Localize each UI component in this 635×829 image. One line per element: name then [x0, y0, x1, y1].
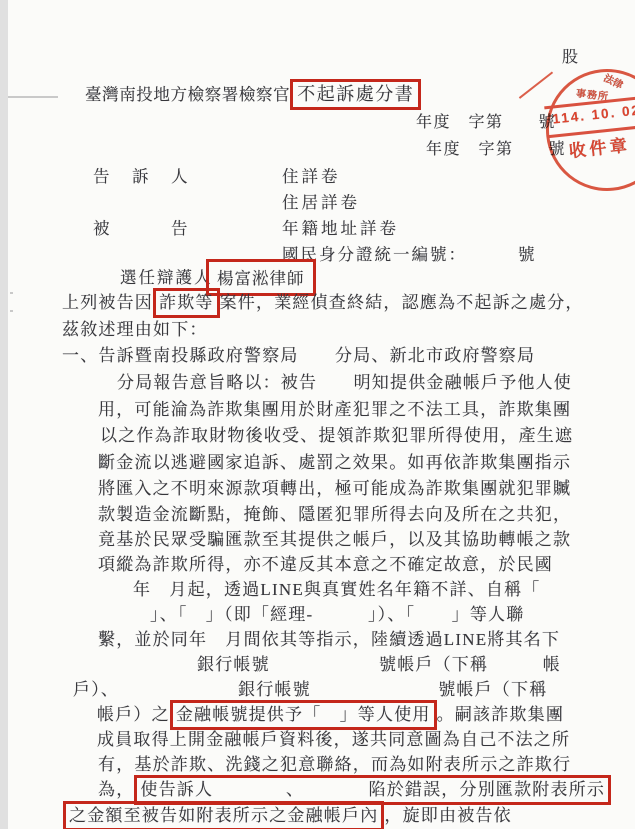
document-line: 」、「 」（即「經理- 」）、「 」等人聯 [150, 600, 524, 625]
title-highlight-box: 不起訴處分書 [290, 79, 421, 110]
document-line: 項縱為詐欺所得，亦不違反其本意之不確定故意，於民國 [98, 550, 553, 575]
document-line: 一、告訴暨南投縣政府警察局 分局、新北市政府警察局 [62, 341, 535, 366]
complainant-address-2: 住居詳卷 [282, 189, 360, 213]
highlight-box: 之金額至被告如附表所示之金融帳戶內 [63, 801, 384, 829]
document-text: 繫，並於同年 月間依其等指示，陸續透過LINE將其名下 [98, 630, 560, 649]
scan-edge-shadow [0, 0, 8, 829]
document-line: 茲敘述理由如下： [62, 315, 208, 340]
document-line: 之金額至被告如附表所示之金融帳戶內，旋即由被告依 [63, 801, 512, 826]
title-prefix: 臺灣南投地方檢察署檢察官 [85, 85, 290, 104]
document-line: 戶）、 銀行帳號 號帳戶（下稱 [73, 675, 547, 700]
document-line: 分局報告意旨略以：被告 明知提供金融帳戶予他人使 [117, 368, 572, 393]
defendant-address: 年籍地址詳卷 [282, 215, 399, 239]
document-text: 竟基於民眾受騙匯款至其提供之帳戶，以及其協助轉帳之款 [98, 530, 571, 549]
document-line: 銀行帳號 號帳戶（下稱 帳 [197, 650, 561, 675]
document-line: 竟基於民眾受騙匯款至其提供之帳戶，以及其協助轉帳之款 [98, 525, 571, 550]
scan-artifact-dot [10, 310, 13, 312]
document-line: 有，基於詐欺、洗錢之犯意聯絡，而為如附表所示之詐欺行 [98, 750, 571, 775]
complainant-label: 告 訴 人 [93, 163, 191, 187]
document-text: 戶）、 銀行帳號 號帳戶（下稱 [73, 680, 547, 699]
document-text: 為， [98, 780, 134, 799]
document-text: 分局報告意旨略以：被告 明知提供金融帳戶予他人使 [117, 373, 572, 392]
document-text: 年 月起，透過LINE與真實姓名年籍不詳、自稱「 [133, 580, 541, 599]
document-text: 帳戶）之 [97, 705, 170, 724]
document-line: 斷金流以逃避國家追訴、處罰之效果。如再依詐欺集團指示 [98, 448, 571, 473]
receipt-stamp: 法律 事務所 114. 10. 02 收件章 [540, 63, 635, 197]
case-number-line-2: 年度 字第 號 [426, 136, 566, 159]
document-line: 年 月起，透過LINE與真實姓名年籍不詳、自稱「 [133, 575, 541, 600]
document-line: 上列被告因詐欺等案件，業經偵查終結，認應為不起訴之處分， [62, 288, 584, 313]
document-line: 以之作為詐取財物後收受、提領詐欺犯罪所得使用，產生遮 [100, 421, 573, 446]
document-text: 」、「 」（即「經理- 」）、「 」等人聯 [150, 605, 524, 624]
document-text: 一、告訴暨南投縣政府警察局 分局、新北市政府警察局 [62, 346, 535, 365]
document-text: 茲敘述理由如下： [62, 320, 208, 339]
document-text: 款製造金流斷點，掩飾、隱匿犯罪所得去向及所在之共犯， [98, 505, 571, 524]
document-line: 帳戶）之金融帳號提供予「 」等人使用。嗣該詐欺集團 [97, 700, 564, 725]
assignment-unit-label: 股 [562, 44, 579, 67]
document-text: 案件，業經偵查終結，認應為不起訴之處分， [220, 293, 584, 312]
document-text: 成員取得上開金融帳戶資料後，遂共同意圖為自己不法之所 [97, 730, 570, 749]
document-line: 為，使告訴人 、 陷於錯誤，分別匯款附表所示 [98, 775, 611, 800]
counsel-label: 選任辯護人 [120, 264, 213, 288]
document-text: 用，可能淪為詐欺集團用於財產犯罪之不法工具，詐欺集團 [98, 400, 571, 419]
document-text: 斷金流以逃避國家追訴、處罰之效果。如再依詐欺集團指示 [98, 453, 571, 472]
document-text: ，旋即由被告依 [384, 806, 511, 825]
scan-artifact-line [8, 96, 58, 98]
complainant-address-1: 住詳卷 [282, 163, 341, 187]
document-title: 臺灣南投地方檢察署檢察官不起訴處分書 [85, 80, 421, 106]
highlight-box: 詐欺等 [153, 288, 220, 318]
document-text: 上列被告因 [62, 293, 153, 312]
document-line: 成員取得上開金融帳戶資料後，遂共同意圖為自己不法之所 [97, 725, 570, 750]
document-text: 以之作為詐取財物後收受、提領詐欺犯罪所得使用，產生遮 [100, 426, 573, 445]
document-line: 繫，並於同年 月間依其等指示，陸續透過LINE將其名下 [98, 625, 560, 650]
document-text: 項縱為詐欺所得，亦不違反其本意之不確定故意，於民國 [98, 555, 553, 574]
document-text: 。嗣該詐欺集團 [437, 705, 564, 724]
document-text: 銀行帳號 號帳戶（下稱 帳 [197, 655, 561, 674]
defendant-id-suffix: 號 [518, 241, 538, 265]
document-text: 將匯入之不明來源款項轉出，極可能成為詐欺集團就犯罪贓 [98, 479, 571, 498]
document-line: 款製造金流斷點，掩飾、隱匿犯罪所得去向及所在之共犯， [98, 500, 571, 525]
scanned-document-page: 股 臺灣南投地方檢察署檢察官不起訴處分書 年度 字第 號 年度 字第 號 告 訴… [0, 0, 635, 829]
document-text: 有，基於詐欺、洗錢之犯意聯絡，而為如附表所示之詐欺行 [98, 755, 571, 774]
defendant-label: 被 告 [93, 215, 191, 239]
case-number-line-1: 年度 字第 號 [416, 109, 556, 132]
scan-artifact-dot [10, 292, 13, 294]
document-line: 用，可能淪為詐欺集團用於財產犯罪之不法工具，詐欺集團 [98, 395, 571, 420]
stamp-stray-mark [519, 71, 553, 98]
document-line: 將匯入之不明來源款項轉出，極可能成為詐欺集團就犯罪贓 [98, 474, 571, 499]
